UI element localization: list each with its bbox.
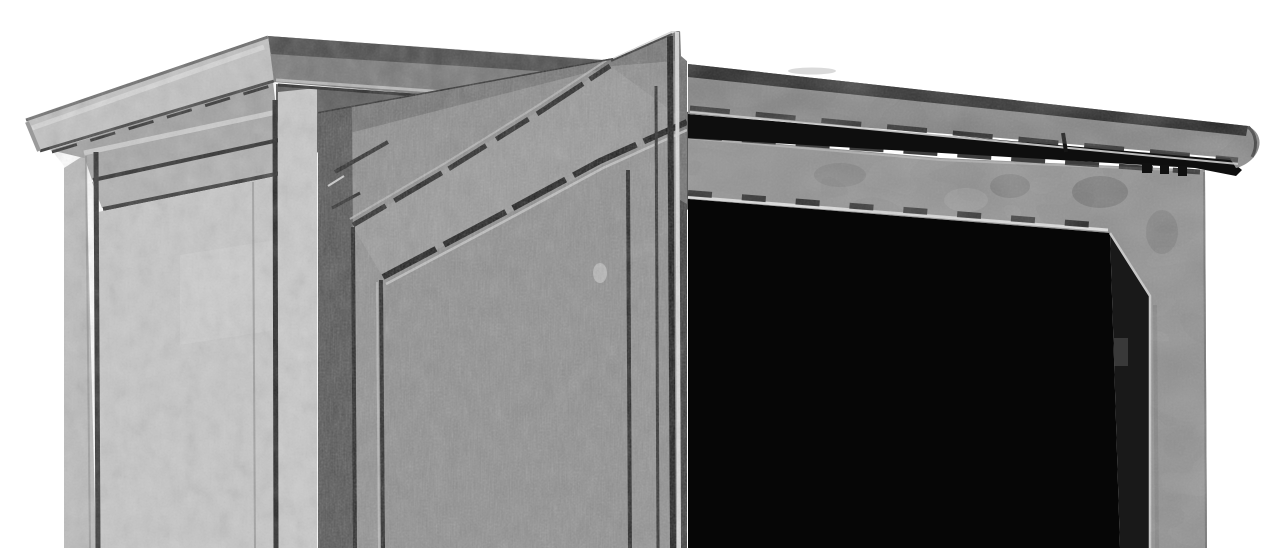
cabinet-photo-canvas: Galvanized steel cabinet with open door [0, 0, 1280, 548]
cabinet-interior-dark [688, 199, 1120, 548]
shadow-tooth [1142, 163, 1152, 173]
shadow-tooth [1160, 165, 1169, 174]
reveal-light-patch [1114, 338, 1128, 366]
shadow-tooth [1178, 166, 1187, 176]
cabinet-right-section [680, 55, 1280, 548]
sky-smudge-artifact [788, 68, 836, 75]
photograph-galvanized-cabinet: Galvanized steel cabinet with open door [0, 0, 1280, 548]
